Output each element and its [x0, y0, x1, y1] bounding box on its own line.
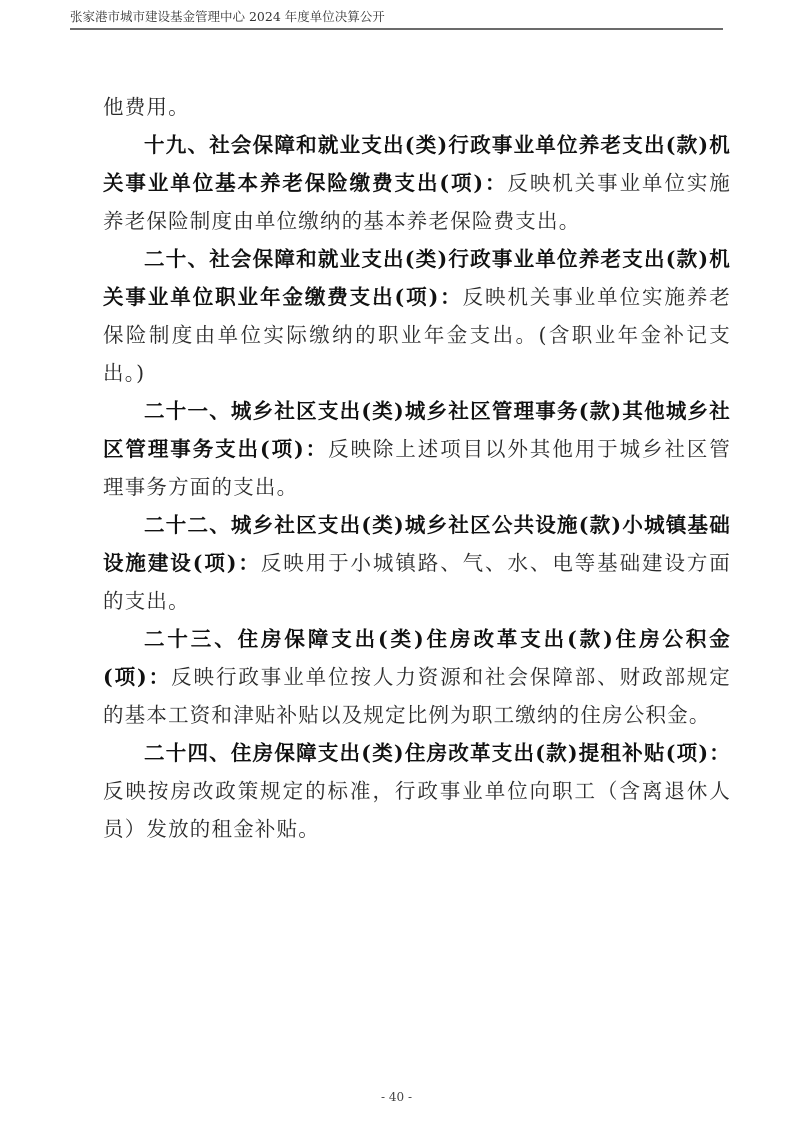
item-description: 反映按房改政策规定的标准，行政事业单位向职工（含离退休人员）发放的租金补贴。: [103, 779, 731, 841]
paragraph-item-20: 二十、社会保障和就业支出(类)行政事业单位养老支出(款)机关事业单位职业年金缴费…: [103, 240, 731, 392]
paragraph-item-24: 二十四、住房保障支出(类)住房改革支出(款)提租补贴(项)：反映按房改政策规定的…: [103, 734, 731, 848]
item-heading: 二十四、住房保障支出(类)住房改革支出(款)提租补贴(项)：: [144, 741, 731, 765]
paragraph-item-21: 二十一、城乡社区支出(类)城乡社区管理事务(款)其他城乡社区管理事务支出(项)：…: [103, 392, 731, 506]
paragraph-item-23: 二十三、住房保障支出(类)住房改革支出(款)住房公积金(项)：反映行政事业单位按…: [103, 620, 731, 734]
paragraph-continuation: 他费用。: [103, 88, 731, 126]
page-number: - 40 -: [0, 1090, 793, 1104]
paragraph-text: 他费用。: [103, 95, 190, 119]
paragraph-item-22: 二十二、城乡社区支出(类)城乡社区公共设施(款)小城镇基础设施建设(项)：反映用…: [103, 506, 731, 620]
document-body: 他费用。 十九、社会保障和就业支出(类)行政事业单位养老支出(款)机关事业单位基…: [103, 88, 731, 848]
document-title: 张家港市城市建设基金管理中心 2024 年度单位决算公开: [70, 8, 723, 26]
paragraph-item-19: 十九、社会保障和就业支出(类)行政事业单位养老支出(款)机关事业单位基本养老保险…: [103, 126, 731, 240]
item-description: 反映行政事业单位按人力资源和社会保障部、财政部规定的基本工资和津贴补贴以及规定比…: [103, 665, 731, 727]
page-header: 张家港市城市建设基金管理中心 2024 年度单位决算公开: [70, 8, 723, 30]
